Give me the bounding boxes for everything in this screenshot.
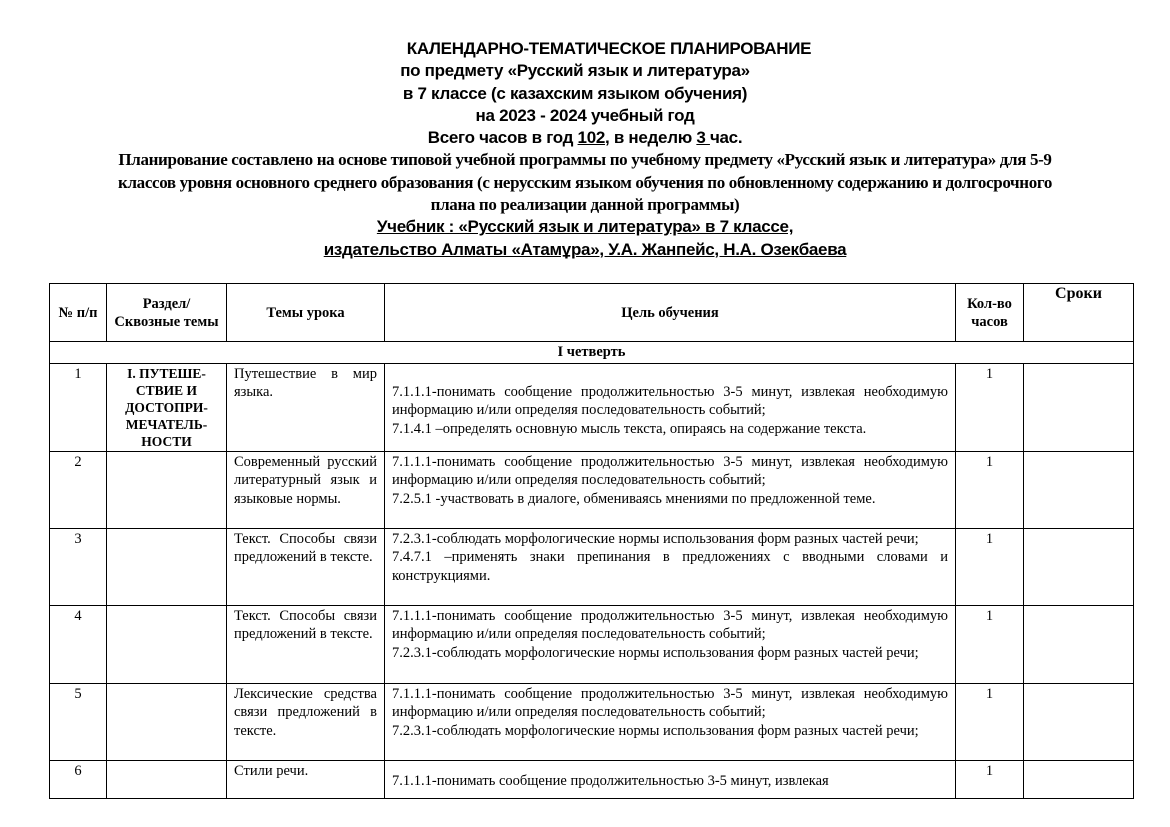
row-section [107,528,227,605]
row-goals: 7.2.3.1-соблюдать морфологические нормы … [385,528,956,605]
row-dates [1024,451,1134,528]
col-header-section: Раздел/ Сквозные темы [107,284,227,342]
col-header-goal: Цель обучения [385,284,956,342]
table-row: 4Текст. Способы связи предложений в текс… [50,605,1134,683]
year-line: на 2023 - 2024 учебный год [0,105,1170,127]
learning-goal: 7.1.1.1-понимать сообщение продолжительн… [392,772,948,791]
row-number: 1 [50,363,107,451]
row-hours: 1 [956,451,1024,528]
row-topic: Лексические средства связи предложений в… [227,683,385,760]
row-section [107,451,227,528]
learning-goal: 7.1.1.1-понимать сообщение продолжительн… [392,685,948,722]
row-topic: Текст. Способы связи предложений в текст… [227,528,385,605]
row-dates [1024,363,1134,451]
table-row: 1I. ПУТЕШЕ-СТВИЕ И ДОСТОПРИ-МЕЧАТЕЛЬ-НОС… [50,363,1134,451]
textbook-line: Учебник : «Русский язык и литература» в … [0,216,1170,238]
table-row: 6Стили речи.7.1.1.1-понимать сообщение п… [50,760,1134,798]
col-header-number: № п/п [50,284,107,342]
learning-goal: 7.2.3.1-соблюдать морфологические нормы … [392,722,948,741]
table-row: 2Современный русский литературный язык и… [50,451,1134,528]
row-hours: 1 [956,683,1024,760]
row-hours: 1 [956,528,1024,605]
learning-goal: 7.1.1.1-понимать сообщение продолжительн… [392,453,948,490]
learning-goal: 7.1.1.1-понимать сообщение продолжительн… [392,383,948,420]
row-topic: Текст. Способы связи предложений в текст… [227,605,385,683]
row-goals: 7.1.1.1-понимать сообщение продолжительн… [385,605,956,683]
hours-line: Всего часов в год 102, в неделю 3 час. [0,127,1170,149]
learning-goal: 7.4.7.1 –применять знаки препинания в пр… [392,548,948,585]
row-dates [1024,605,1134,683]
row-number: 3 [50,528,107,605]
row-hours: 1 [956,605,1024,683]
row-goals: 7.1.1.1-понимать сообщение продолжительн… [385,451,956,528]
row-topic: Путешествие в мир языка. [227,363,385,451]
row-topic: Современный русский литературный язык и … [227,451,385,528]
learning-goal: 7.2.3.1-соблюдать морфологические нормы … [392,530,948,549]
row-dates [1024,528,1134,605]
row-number: 4 [50,605,107,683]
learning-goal: 7.2.3.1-соблюдать морфологические нормы … [392,644,948,663]
learning-goal: 7.2.5.1 -участвовать в диалоге, обменива… [392,490,948,509]
hours-per-week: 3 [696,128,710,147]
table-row: 3Текст. Способы связи предложений в текс… [50,528,1134,605]
row-goals: 7.1.1.1-понимать сообщение продолжительн… [385,683,956,760]
row-goals: 7.1.1.1-понимать сообщение продолжительн… [385,760,956,798]
col-header-topic: Темы урока [227,284,385,342]
row-hours: 1 [956,363,1024,451]
row-section [107,683,227,760]
row-section: I. ПУТЕШЕ-СТВИЕ И ДОСТОПРИ-МЕЧАТЕЛЬ-НОСТ… [107,363,227,451]
row-dates [1024,760,1134,798]
hours-per-year: 102 [578,128,605,147]
publisher-line: издательство Алматы «Атамұра», У.А. Жанп… [0,239,1170,261]
row-topic: Стили речи. [227,760,385,798]
table-header-row: № п/п Раздел/ Сквозные темы Темы урока Ц… [50,284,1134,342]
col-header-hours: Кол-во часов [956,284,1024,342]
row-number: 5 [50,683,107,760]
document-title: КАЛЕНДАРНО-ТЕМАТИЧЕСКОЕ ПЛАНИРОВАНИЕ [0,38,1170,60]
grade-line: в 7 классе (с казахским языком обучения) [0,83,1170,105]
row-number: 2 [50,451,107,528]
quarter-label: I четверть [50,342,1134,364]
table-row: 5Лексические средства связи предложений … [50,683,1134,760]
row-hours: 1 [956,760,1024,798]
quarter-row: I четверть [50,342,1134,364]
col-header-dates: Сроки [1024,284,1134,342]
row-number: 6 [50,760,107,798]
basis-paragraph: Планирование составлено на основе типово… [105,149,1065,216]
learning-goal: 7.1.1.1-понимать сообщение продолжительн… [392,607,948,644]
document-header: КАЛЕНДАРНО-ТЕМАТИЧЕСКОЕ ПЛАНИРОВАНИЕ по … [0,38,1170,261]
learning-goal: 7.1.4.1 –определять основную мысль текст… [392,420,948,439]
row-section [107,605,227,683]
row-goals: 7.1.1.1-понимать сообщение продолжительн… [385,363,956,451]
subject-line: по предмету «Русский язык и литература» [0,60,1170,82]
plan-table: № п/п Раздел/ Сквозные темы Темы урока Ц… [49,283,1134,799]
row-section [107,760,227,798]
row-dates [1024,683,1134,760]
